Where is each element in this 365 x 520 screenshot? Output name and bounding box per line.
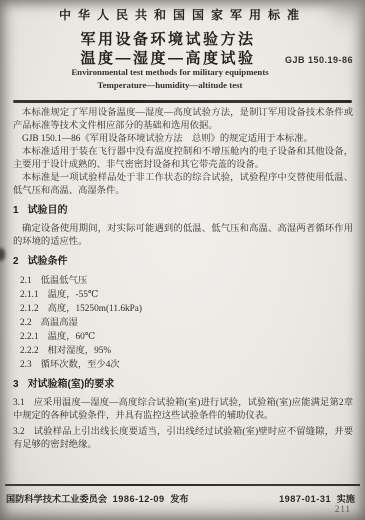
- english-title-line2: Temperature—humidity—altitude test: [0, 80, 340, 90]
- condition-item: 2.1.2高度，15250m(11.6kPa): [13, 302, 353, 316]
- scan-edge-smudge: [0, 248, 5, 261]
- item-text: 相对湿度，95%: [48, 346, 112, 356]
- item-number: 2.2: [20, 318, 32, 328]
- item-number: 2.2.1: [20, 332, 39, 342]
- item-text: 温度，-55℃: [48, 290, 99, 300]
- section-number: 1: [13, 205, 19, 216]
- item-number: 2.1: [20, 276, 32, 286]
- item-text: 循环次数，至少4次: [41, 360, 120, 370]
- condition-item: 2.3循环次数，至少4次: [13, 358, 353, 372]
- document-title-line1: 军用设备环境试验方法: [0, 28, 336, 49]
- scanned-standard-page: 中华人民共和国国家军用标准 军用设备环境试验方法 温度—湿度—高度试验 GJB …: [0, 0, 365, 520]
- english-title-line1: Environmental test methods for military …: [0, 67, 340, 77]
- standard-category-label: 中华人民共和国国家军用标准: [0, 6, 365, 23]
- standard-number: GJB 150.19-86: [285, 55, 353, 65]
- implementation-label: 实施: [337, 494, 355, 504]
- footer: 国防科学技术工业委员会 1986-12-09 发布 1987-01-31 实施: [6, 491, 355, 505]
- footer-implementation-line: 1987-01-31 实施: [276, 491, 355, 505]
- condition-item: 2.1.1温度，-55℃: [13, 288, 353, 302]
- footer-divider-rule: [5, 484, 360, 486]
- footer-issuer-line: 国防科学技术工业委员会 1986-12-09 发布: [6, 491, 189, 505]
- section-3-paragraph: 3.1应采用温度—湿度—高度综合试验箱(室)进行试验，试验箱(室)应能满足第2章…: [13, 397, 353, 423]
- section-3-heading: 3对试验箱(室)的要求: [13, 378, 353, 391]
- item-text: 温度，60℃: [48, 332, 96, 342]
- section-1-heading: 1试验目的: [13, 204, 353, 217]
- item-text: 高温高湿: [41, 318, 78, 328]
- item-text: 高度，15250m(11.6kPa): [48, 304, 142, 314]
- release-date: 1986-12-09: [113, 494, 165, 504]
- section-title: 对试验箱(室)的要求: [28, 379, 115, 390]
- foreword-paragraph: GJB 150.1—86《军用设备环境试验方法 总则》的规定适用于本标准。: [13, 133, 353, 146]
- issuing-body: 国防科学技术工业委员会: [6, 494, 107, 504]
- clause-number: 3.2: [13, 427, 25, 437]
- condition-item: 2.1低温低气压: [13, 274, 353, 288]
- item-number: 2.1.2: [20, 304, 39, 314]
- section-3-paragraph: 3.2试验样品上引出线长度要适当，引出线经过试验箱(室)壁时应不留缝隙，并要有足…: [13, 426, 353, 452]
- foreword-paragraph: 本标准适用于装在飞行器中没有温度控制和不增压舱内的电子设备和其他设备，主要用于设…: [13, 146, 353, 172]
- clause-text: 应采用温度—湿度—高度综合试验箱(室)进行试验，试验箱(室)应能满足第2章中规定…: [13, 398, 353, 421]
- clause-text: 试验样品上引出线长度要适当，引出线经过试验箱(室)壁时应不留缝隙，并要有足够的密…: [13, 427, 353, 450]
- section-title: 试验条件: [28, 256, 68, 267]
- condition-item: 2.2高温高湿: [13, 316, 353, 330]
- item-text: 低温低气压: [41, 276, 88, 286]
- condition-item: 2.2.2相对湿度，95%: [13, 344, 353, 358]
- section-number: 2: [13, 256, 19, 267]
- release-label: 发布: [170, 494, 188, 504]
- foreword-paragraph: 本标准是一项试验样品处于非工作状态的综合试验，试验程序中交替使用低温、低气压和高…: [13, 172, 353, 198]
- condition-item: 2.2.1温度，60℃: [13, 330, 353, 344]
- clause-number: 3.1: [13, 398, 25, 408]
- document-body: 本标准规定了军用设备温度—湿度—高度试验方法，是制订军用设备技术条件或产品标准等…: [13, 107, 353, 452]
- section-title: 试验目的: [28, 205, 68, 216]
- implementation-date: 1987-01-31: [279, 494, 331, 504]
- item-number: 2.1.1: [20, 290, 39, 300]
- item-number: 2.3: [20, 360, 32, 370]
- section-1-paragraph: 确定设备使用期间，对实际可能遇到的低温、低气压和高温、高湿两者循环作用的环境的适…: [13, 223, 353, 249]
- item-number: 2.2.2: [20, 346, 39, 356]
- header-divider-rule: [13, 100, 352, 103]
- section-2-heading: 2试验条件: [13, 255, 353, 268]
- section-number: 3: [13, 379, 19, 390]
- page-number: 211: [335, 504, 351, 514]
- foreword-paragraph: 本标准规定了军用设备温度—湿度—高度试验方法，是制订军用设备技术条件或产品标准等…: [13, 107, 353, 133]
